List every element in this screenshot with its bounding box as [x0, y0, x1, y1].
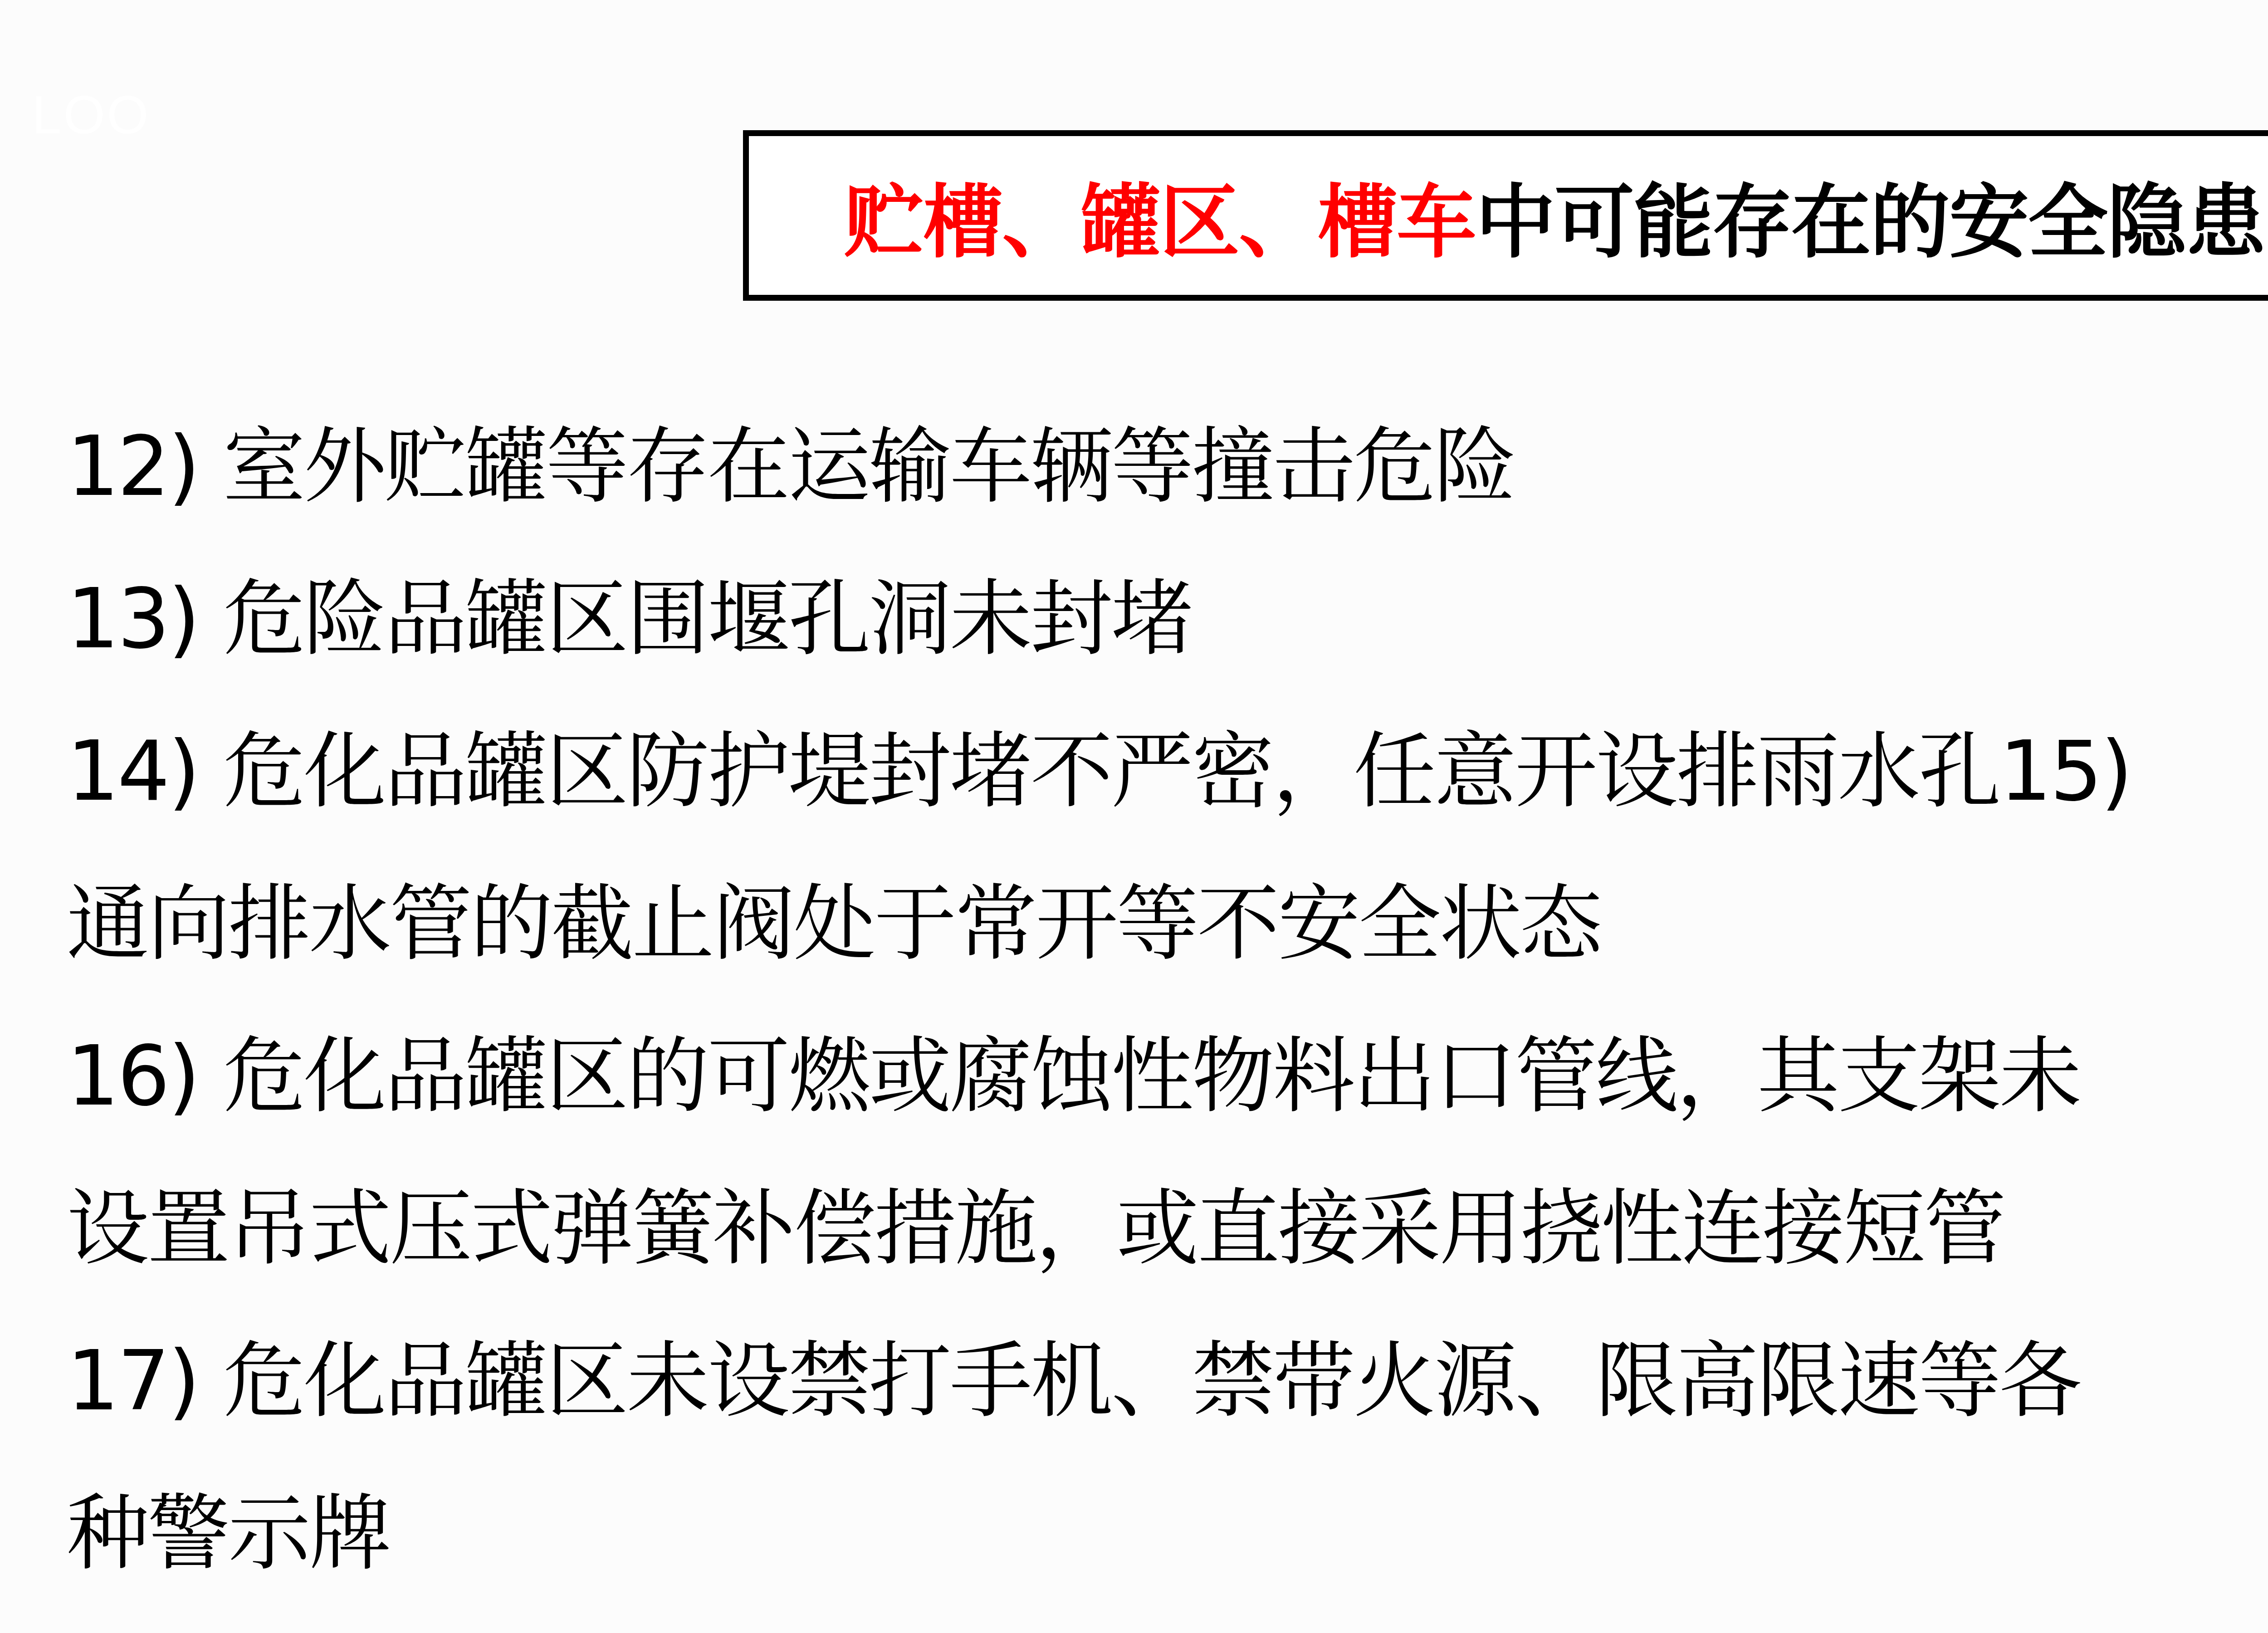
title-box: 贮槽、罐区、槽车中可能存在的安全隐患	[743, 130, 2268, 301]
title-rest: 中可能存在的安全隐患	[1476, 176, 2265, 269]
list-item: 通向排水管的截止阀处于常开等不安全状态	[67, 847, 2131, 1000]
list-item: 设置吊式压式弹簧补偿措施，或直接采用挠性连接短管	[67, 1152, 2131, 1305]
list-item: 种警示牌	[67, 1457, 2131, 1609]
list-item: 14) 危化品罐区防护堤封堵不严密，任意开设排雨水孔15)	[67, 695, 2131, 847]
logo-placeholder: LOO	[32, 84, 150, 146]
list-item: 17) 危化品罐区未设禁打手机、禁带火源、限高限速等各	[67, 1305, 2131, 1457]
hazard-list: 12) 室外贮罐等存在运输车辆等撞击危险 13) 危险品罐区围堰孔洞未封堵 14…	[67, 390, 2131, 1609]
page-title: 贮槽、罐区、槽车中可能存在的安全隐患	[844, 158, 2265, 273]
title-highlight: 贮槽、罐区、槽车	[844, 176, 1476, 269]
list-item: 12) 室外贮罐等存在运输车辆等撞击危险	[67, 390, 2131, 543]
list-item: 13) 危险品罐区围堰孔洞未封堵	[67, 543, 2131, 695]
list-item: 16) 危化品罐区的可燃或腐蚀性物料出口管线，其支架未	[67, 1000, 2131, 1152]
